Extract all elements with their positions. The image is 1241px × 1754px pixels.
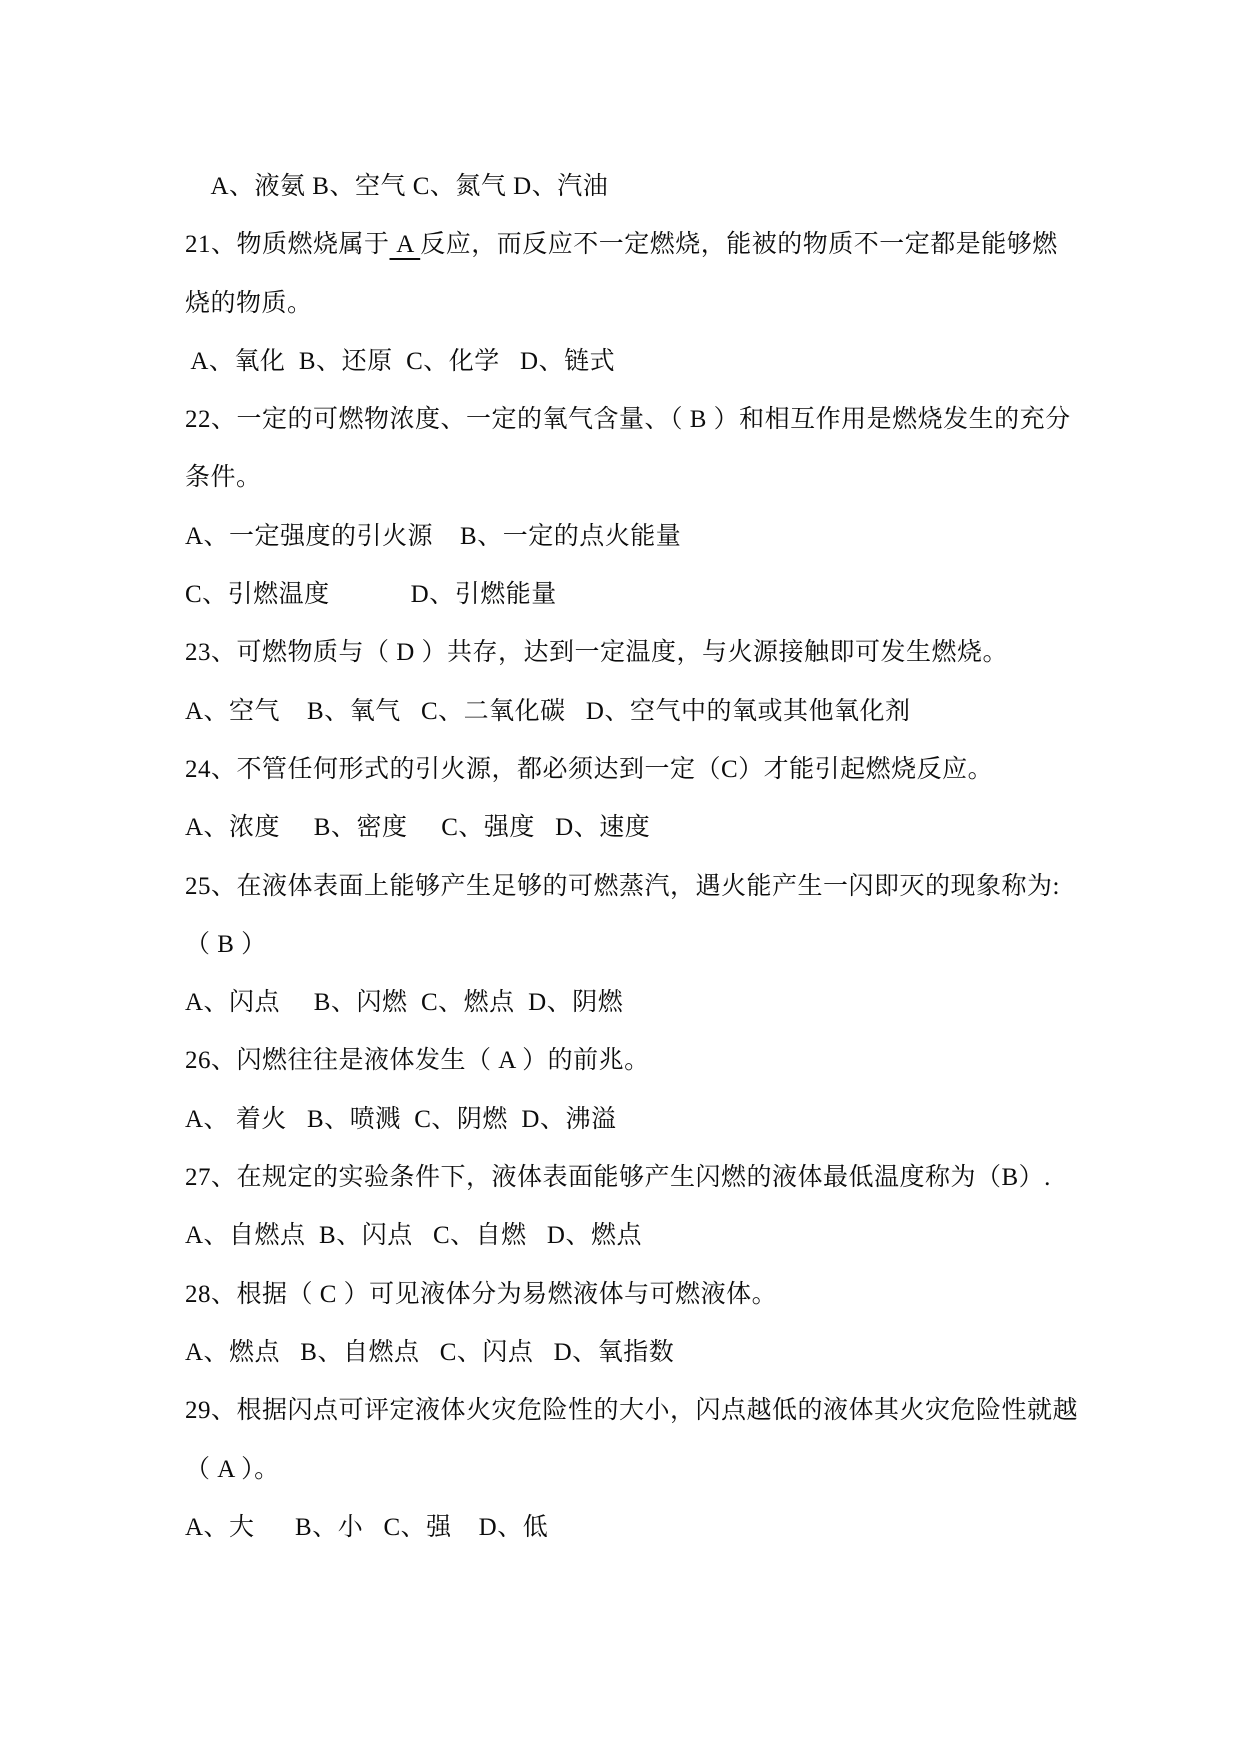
q29-options-line: A、大 B、小 C、强 D、低 (185, 1499, 1091, 1557)
q27-stem-line: 27、在规定的实验条件下，液体表面能够产生闪燃的液体最低温度称为（B）. (185, 1149, 1091, 1207)
q28-options-text: A、燃点 B、自燃点 C、闪点 D、氧指数 (185, 1339, 674, 1366)
document-page: A、液氨 B、空气 C、氮气 D、汽油 21、物质燃烧属于 A 反应，而反应不一… (0, 0, 1241, 1754)
q24-options-text: A、浓度 B、密度 C、强度 D、速度 (185, 814, 650, 841)
q26-stem-line: 26、闪燃往往是液体发生（ A ）的前兆。 (185, 1032, 1091, 1090)
q25-answer-line: （ B ） (185, 916, 1091, 974)
q29-options-text: A、大 B、小 C、强 D、低 (185, 1514, 548, 1541)
q25-options-line: A、闪点 B、闪燃 C、燃点 D、阴燃 (185, 974, 1091, 1032)
q23-options-text: A、空气 B、氧气 C、二氧化碳 D、空气中的氧或其他氧化剂 (185, 698, 910, 725)
q28-options-line: A、燃点 B、自燃点 C、闪点 D、氧指数 (185, 1324, 1091, 1382)
q26-options-line: A、 着火 B、喷溅 C、阴燃 D、沸溢 (185, 1091, 1091, 1149)
q21-stem-line2-text: 烧的物质。 (185, 290, 313, 317)
q25-options-text: A、闪点 B、闪燃 C、燃点 D、阴燃 (185, 989, 623, 1016)
q23-stem-text: 23、可燃物质与（ D ）共存，达到一定温度，与火源接触即可发生燃烧。 (185, 639, 1008, 666)
q29-answer-line: （ A ）。 (185, 1441, 1091, 1499)
q23-stem-line: 23、可燃物质与（ D ）共存，达到一定温度，与火源接触即可发生燃烧。 (185, 624, 1091, 682)
q22-options-ab-text: A、一定强度的引火源 B、一定的点火能量 (185, 523, 681, 550)
q28-stem-text: 28、根据（ C ）可见液体分为易燃液体与可燃液体。 (185, 1281, 777, 1308)
q20-options-line: A、液氨 B、空气 C、氮气 D、汽油 (185, 158, 1091, 216)
q26-stem-text: 26、闪燃往往是液体发生（ A ）的前兆。 (185, 1047, 650, 1074)
q22-stem-line2-text: 条件。 (185, 464, 262, 491)
q21-stem-pre: 21、物质燃烧属于 (185, 231, 390, 258)
q27-stem-text: 27、在规定的实验条件下，液体表面能够产生闪燃的液体最低温度称为（B）. (185, 1164, 1051, 1191)
q25-stem-text: 25、在液体表面上能够产生足够的可燃蒸汽，遇火能产生一闪即灭的现象称为: (185, 873, 1060, 900)
q21-options-text: A、氧化 B、还原 C、化学 D、链式 (185, 348, 615, 375)
q28-stem-line: 28、根据（ C ）可见液体分为易燃液体与可燃液体。 (185, 1266, 1091, 1324)
q26-options-text: A、 着火 B、喷溅 C、阴燃 D、沸溢 (185, 1106, 616, 1133)
q20-options-text: A、液氨 B、空气 C、氮气 D、汽油 (185, 173, 608, 200)
q21-stem-line1: 21、物质燃烧属于 A 反应，而反应不一定燃烧，能被的物质不一定都是能够燃 (185, 216, 1091, 274)
q22-options-ab-line: A、一定强度的引火源 B、一定的点火能量 (185, 508, 1091, 566)
q22-stem-text: 22、一定的可燃物浓度、一定的氧气含量、（ B ）和相互作用是燃烧发生的充分 (185, 406, 1071, 433)
q22-options-cd-text: C、引燃温度 D、引燃能量 (185, 581, 557, 608)
q27-options-text: A、自燃点 B、闪点 C、自燃 D、燃点 (185, 1222, 642, 1249)
q22-stem-line2: 条件。 (185, 449, 1091, 507)
q29-stem-text: 29、根据闪点可评定液体火灾危险性的大小，闪点越低的液体其火灾危险性就越 (185, 1397, 1078, 1424)
q21-options-line: A、氧化 B、还原 C、化学 D、链式 (185, 333, 1091, 391)
q29-stem-line: 29、根据闪点可评定液体火灾危险性的大小，闪点越低的液体其火灾危险性就越 (185, 1382, 1091, 1440)
q25-stem-line: 25、在液体表面上能够产生足够的可燃蒸汽，遇火能产生一闪即灭的现象称为: (185, 858, 1091, 916)
q29-answer-text: （ A ）。 (185, 1456, 280, 1483)
q21-stem-post: 反应，而反应不一定燃烧，能被的物质不一定都是能够燃 (420, 231, 1058, 258)
q24-stem-line: 24、不管任何形式的引火源，都必须达到一定（C）才能引起燃烧反应。 (185, 741, 1091, 799)
q27-options-line: A、自燃点 B、闪点 C、自燃 D、燃点 (185, 1207, 1091, 1265)
q21-stem-line2: 烧的物质。 (185, 275, 1091, 333)
q25-answer-text: （ B ） (185, 931, 267, 958)
q22-options-cd-line: C、引燃温度 D、引燃能量 (185, 566, 1091, 624)
q24-options-line: A、浓度 B、密度 C、强度 D、速度 (185, 799, 1091, 857)
q23-options-line: A、空气 B、氧气 C、二氧化碳 D、空气中的氧或其他氧化剂 (185, 683, 1091, 741)
q21-answer-blank: A (390, 231, 421, 258)
q24-stem-text: 24、不管任何形式的引火源，都必须达到一定（C）才能引起燃烧反应。 (185, 756, 993, 783)
q22-stem-line1: 22、一定的可燃物浓度、一定的氧气含量、（ B ）和相互作用是燃烧发生的充分 (185, 391, 1091, 449)
